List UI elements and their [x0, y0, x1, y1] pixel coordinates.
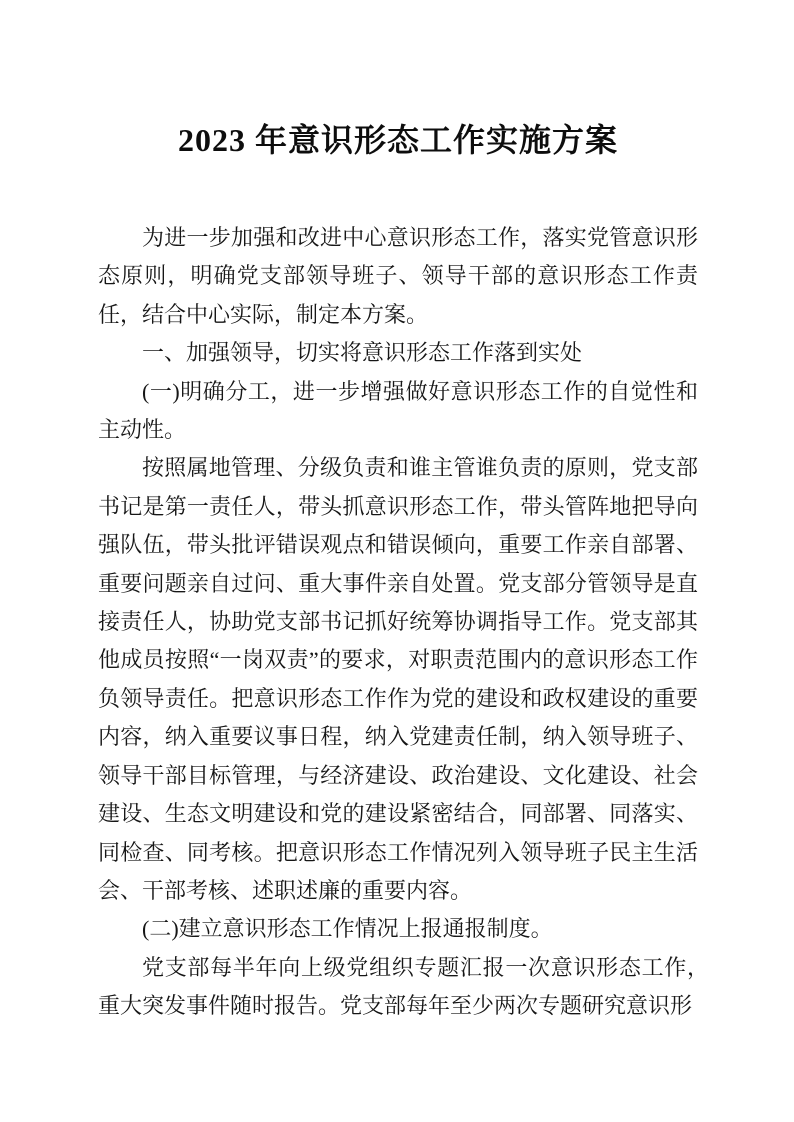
paragraph-section-1-2-body: 党支部每半年向上级党组织专题汇报一次意识形态工作， 重大突发事件随时报告。党支部… [98, 949, 698, 1026]
paragraph-section-1-1-body: 按照属地管理、分级负责和谁主管谁负责的原则，党支部书记是第一责任人，带头抓意识形… [98, 449, 698, 910]
document-body: 为进一步加强和改进中心意识形态工作，落实党管意识形态原则，明确党支部领导班子、领… [0, 219, 794, 1026]
subsection-heading-1-2: (二)建立意识形态工作情况上报通报制度。 [98, 910, 698, 948]
paragraph-intro: 为进一步加强和改进中心意识形态工作，落实党管意识形态原则，明确党支部领导班子、领… [98, 219, 698, 334]
document-page: 2023 年意识形态工作实施方案 为进一步加强和改进中心意识形态工作，落实党管意… [0, 0, 794, 1122]
document-title: 2023 年意识形态工作实施方案 [98, 119, 698, 161]
subsection-heading-1-1: (一)明确分工，进一步增强做好意识形态工作的自觉性和主动性。 [98, 373, 698, 450]
section-heading-1: 一、加强领导，切实将意识形态工作落到实处 [98, 334, 698, 372]
